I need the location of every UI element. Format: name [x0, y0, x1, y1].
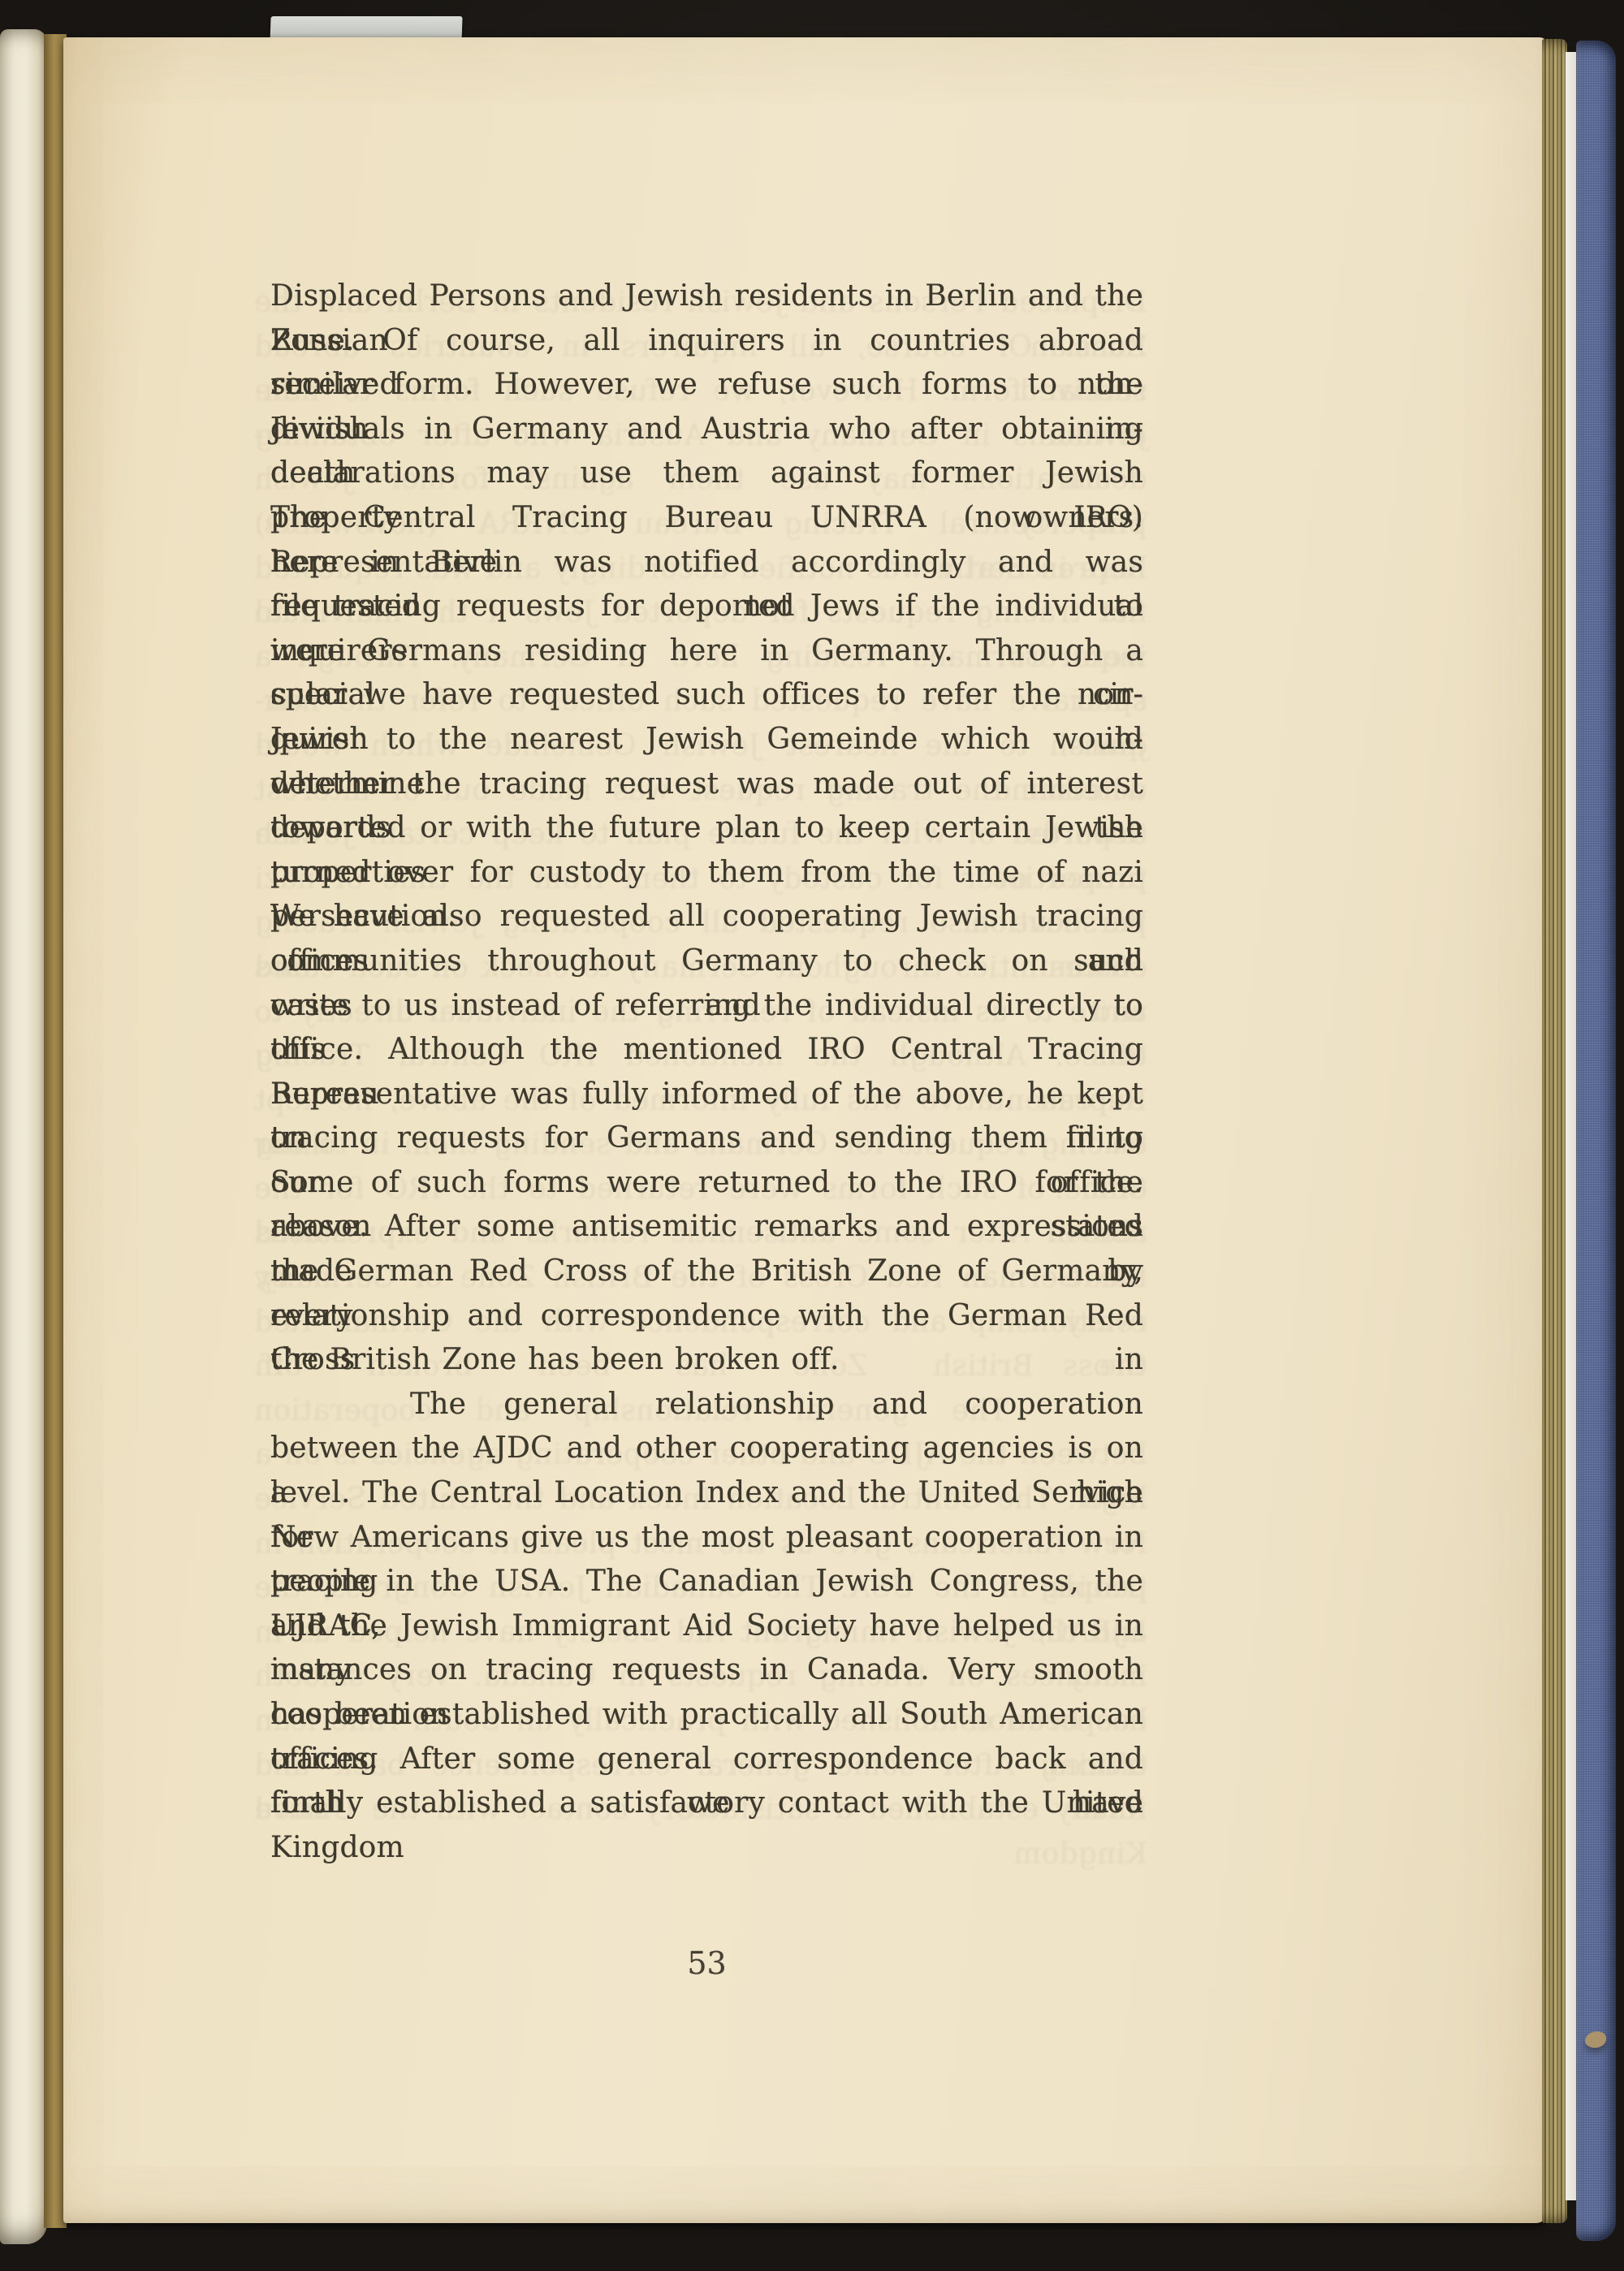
text-line: instances on tracing requests in Canada.…: [270, 1648, 1143, 1693]
text-line: turned over for custody to them from the…: [270, 851, 1143, 896]
text-line: We have also requested all cooperating J…: [270, 895, 1143, 939]
text-line: between the AJDC and other cooperating a…: [270, 1427, 1143, 1471]
text-line: Some of such forms were returned to the …: [270, 1161, 1143, 1206]
book-scan: Displaced Persons and Jewish residents i…: [0, 0, 1624, 2271]
text-line: offices. After some general corresponden…: [270, 1738, 1143, 1782]
text-line: relationship and correspondence with the…: [270, 1294, 1143, 1339]
text-line: and the Jewish Immigrant Aid Society hav…: [270, 1604, 1143, 1649]
text-line: level. The Central Location Index and th…: [270, 1471, 1143, 1516]
text-line: people in the USA. The Canadian Jewish C…: [270, 1560, 1143, 1604]
text-line: Representative was fully informed of the…: [270, 1073, 1143, 1117]
text-line: finally established a satisfactory conta…: [270, 1781, 1143, 1826]
text-line: above. After some antisemitic remarks an…: [270, 1205, 1143, 1250]
text-line: New Americans give us the most pleasant …: [270, 1516, 1143, 1561]
text-line: Zone. Of course, all inquirers in countr…: [270, 319, 1143, 364]
text-line: similar form. However, we refuse such fo…: [270, 363, 1143, 408]
text-line: file tracing requests for deported Jews …: [270, 585, 1143, 629]
text-line: tracing requests for Germans and sending…: [270, 1116, 1143, 1161]
text-line: the German Red Cross of the British Zone…: [270, 1250, 1143, 1294]
text-block: Displaced Persons and Jewish residents i…: [270, 274, 1143, 1826]
text-line: dividuals in Germany and Austria who aft…: [270, 408, 1143, 452]
text-line: deported or with the future plan to keep…: [270, 806, 1143, 851]
text-line: quirer to the nearest Jewish Gemeinde wh…: [270, 718, 1143, 762]
text-line: write to us instead of referring the ind…: [270, 984, 1143, 1029]
page-stack-edge: [1542, 39, 1567, 2223]
text-line: were Germans residing here in Germany. T…: [270, 629, 1143, 674]
text-line: office. Although the mentioned IRO Centr…: [270, 1028, 1143, 1073]
text-line: here in Berlin was notified accordingly …: [270, 541, 1143, 585]
page-number: 53: [270, 1945, 1143, 1981]
text-line: The general relationship and cooperation: [270, 1383, 1143, 1427]
previous-page-edge: [0, 29, 47, 2244]
text-line: whether the tracing request was made out…: [270, 762, 1143, 807]
text-line: communities throughout Germany to check …: [270, 939, 1143, 984]
text-line: The Central Tracing Bureau UNRRA (now IR…: [270, 496, 1143, 541]
text-line: has been established with practically al…: [270, 1693, 1143, 1738]
text-line: Displaced Persons and Jewish residents i…: [270, 274, 1143, 319]
book-page: Displaced Persons and Jewish residents i…: [63, 37, 1548, 2223]
text-line: declarations may use them against former…: [270, 451, 1143, 496]
text-line: cular we have requested such offices to …: [270, 673, 1143, 718]
book-cover-spine: [1576, 41, 1616, 2241]
